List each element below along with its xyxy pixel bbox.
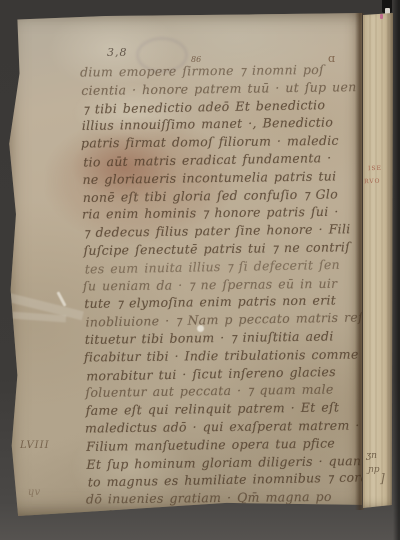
rubric-fragment: ise (368, 163, 382, 172)
ink-fragment: ʒn (366, 451, 377, 461)
manuscript-leaf: 3,8 ɑ 86 LVIII ɥv dium emopere ſirmone ⁊… (6, 13, 362, 516)
margin-chapter-numeral: LVIII (20, 440, 50, 451)
margin-quire-mark: ɥv (28, 487, 40, 498)
pink-edge-mark (380, 14, 383, 19)
manuscript-text-block: dium emopere ſirmone ⁊ inomni poſcientia… (81, 60, 365, 509)
ink-fragment: ɲp (368, 465, 380, 475)
backdrop-right-shadow (393, 0, 400, 540)
ink-fragment: ] (380, 471, 385, 485)
binding-clip-tip (385, 8, 390, 14)
foliation-note: 3,8 (107, 46, 128, 59)
rubric-fragment: rvo (364, 176, 381, 186)
gutter-fold-shadow (355, 13, 364, 510)
next-folio-edge: ise rvo ʒn ɲp ] (363, 13, 393, 510)
